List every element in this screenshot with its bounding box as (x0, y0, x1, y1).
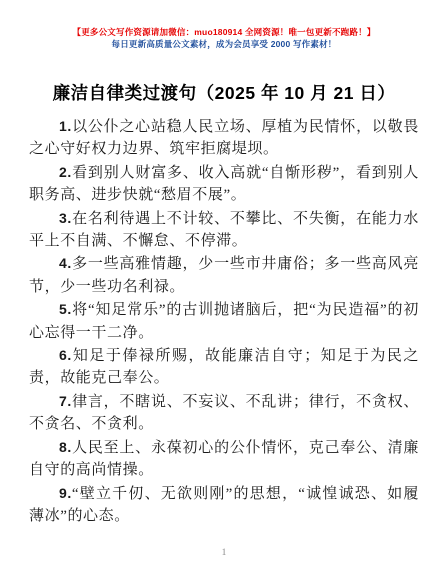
page-number: 1 (0, 548, 448, 558)
paragraph-1-text: 以公仆之心站稳人民立场、厚植为民情怀，以敬畏之心守好权力边界、筑牢拒腐堤坝。 (29, 119, 419, 157)
paragraph-7-number: 7. (59, 393, 72, 409)
paragraph-6-number: 6. (59, 347, 72, 363)
paragraph-9: 9.“壁立千仞、无欲则刚”的思想，“诚惶诚恐、如履薄冰”的心态。 (29, 482, 419, 528)
document-body: 1.以公仆之心站稳人民立场、厚植为民情怀，以敬畏之心守好权力边界、筑牢拒腐堤坝。… (29, 115, 419, 527)
paragraph-2: 2.看到别人财富多、收入高就“自惭形秽”，看到别人职务高、进步快就“愁眉不展”。 (29, 161, 419, 207)
paragraph-3-text: 在名利待遇上不计较、不攀比、不失衡，在能力水平上不自满、不懈怠、不停滞。 (29, 211, 419, 249)
paragraph-6: 6.知足于俸禄所赐，故能廉洁自守；知足于为民之责，故能克己奉公。 (29, 344, 419, 390)
paragraph-3: 3.在名利待遇上不计较、不攀比、不失衡，在能力水平上不自满、不懈怠、不停滞。 (29, 207, 419, 253)
paragraph-5: 5.将“知足常乐”的古训抛诸脑后，把“为民造福”的初心忘得一干二净。 (29, 298, 419, 344)
paragraph-8-text: 人民至上、永葆初心的公仆情怀，克己奉公、清廉自守的高尚情操。 (29, 440, 419, 478)
paragraph-2-number: 2. (59, 164, 72, 180)
paragraph-4-number: 4. (59, 255, 72, 271)
watermark-header: 【更多公文写作资源请加微信：muo180914 全网资源！唯一包更新不跑路！】 … (0, 26, 448, 50)
document-title: 廉洁自律类过渡句（2025 年 10 月 21 日） (0, 81, 448, 105)
paragraph-9-text: “壁立千仞、无欲则刚”的思想，“诚惶诚恐、如履薄冰”的心态。 (29, 486, 419, 524)
paragraph-4-text: 多一些高雅情趣，少一些市井庸俗；多一些高风亮节，少一些功名利禄。 (29, 256, 419, 294)
paragraph-7: 7.律言，不瞎说、不妄议、不乱讲；律行，不贪权、不贪名、不贪利。 (29, 390, 419, 436)
paragraph-9-number: 9. (59, 485, 72, 501)
paragraph-2-text: 看到别人财富多、收入高就“自惭形秽”，看到别人职务高、进步快就“愁眉不展”。 (29, 165, 419, 203)
watermark-line-blue: 每日更新高质量公文素材，成为会员享受 2000 写作素材！ (0, 38, 448, 50)
paragraph-8-number: 8. (59, 439, 72, 455)
paragraph-4: 4.多一些高雅情趣，少一些市井庸俗；多一些高风亮节，少一些功名利禄。 (29, 252, 419, 298)
paragraph-3-number: 3. (59, 210, 72, 226)
paragraph-1-number: 1. (59, 118, 72, 134)
paragraph-8: 8.人民至上、永葆初心的公仆情怀，克己奉公、清廉自守的高尚情操。 (29, 436, 419, 482)
paragraph-5-number: 5. (59, 301, 72, 317)
paragraph-6-text: 知足于俸禄所赐，故能廉洁自守；知足于为民之责，故能克己奉公。 (29, 348, 419, 386)
watermark-line-red: 【更多公文写作资源请加微信：muo180914 全网资源！唯一包更新不跑路！】 (0, 26, 448, 38)
paragraph-1: 1.以公仆之心站稳人民立场、厚植为民情怀，以敬畏之心守好权力边界、筑牢拒腐堤坝。 (29, 115, 419, 161)
document-page: 【更多公文写作资源请加微信：muo180914 全网资源！唯一包更新不跑路！】 … (0, 0, 448, 580)
paragraph-7-text: 律言，不瞎说、不妄议、不乱讲；律行，不贪权、不贪名、不贪利。 (29, 394, 419, 432)
paragraph-5-text: 将“知足常乐”的古训抛诸脑后，把“为民造福”的初心忘得一干二净。 (29, 302, 419, 340)
